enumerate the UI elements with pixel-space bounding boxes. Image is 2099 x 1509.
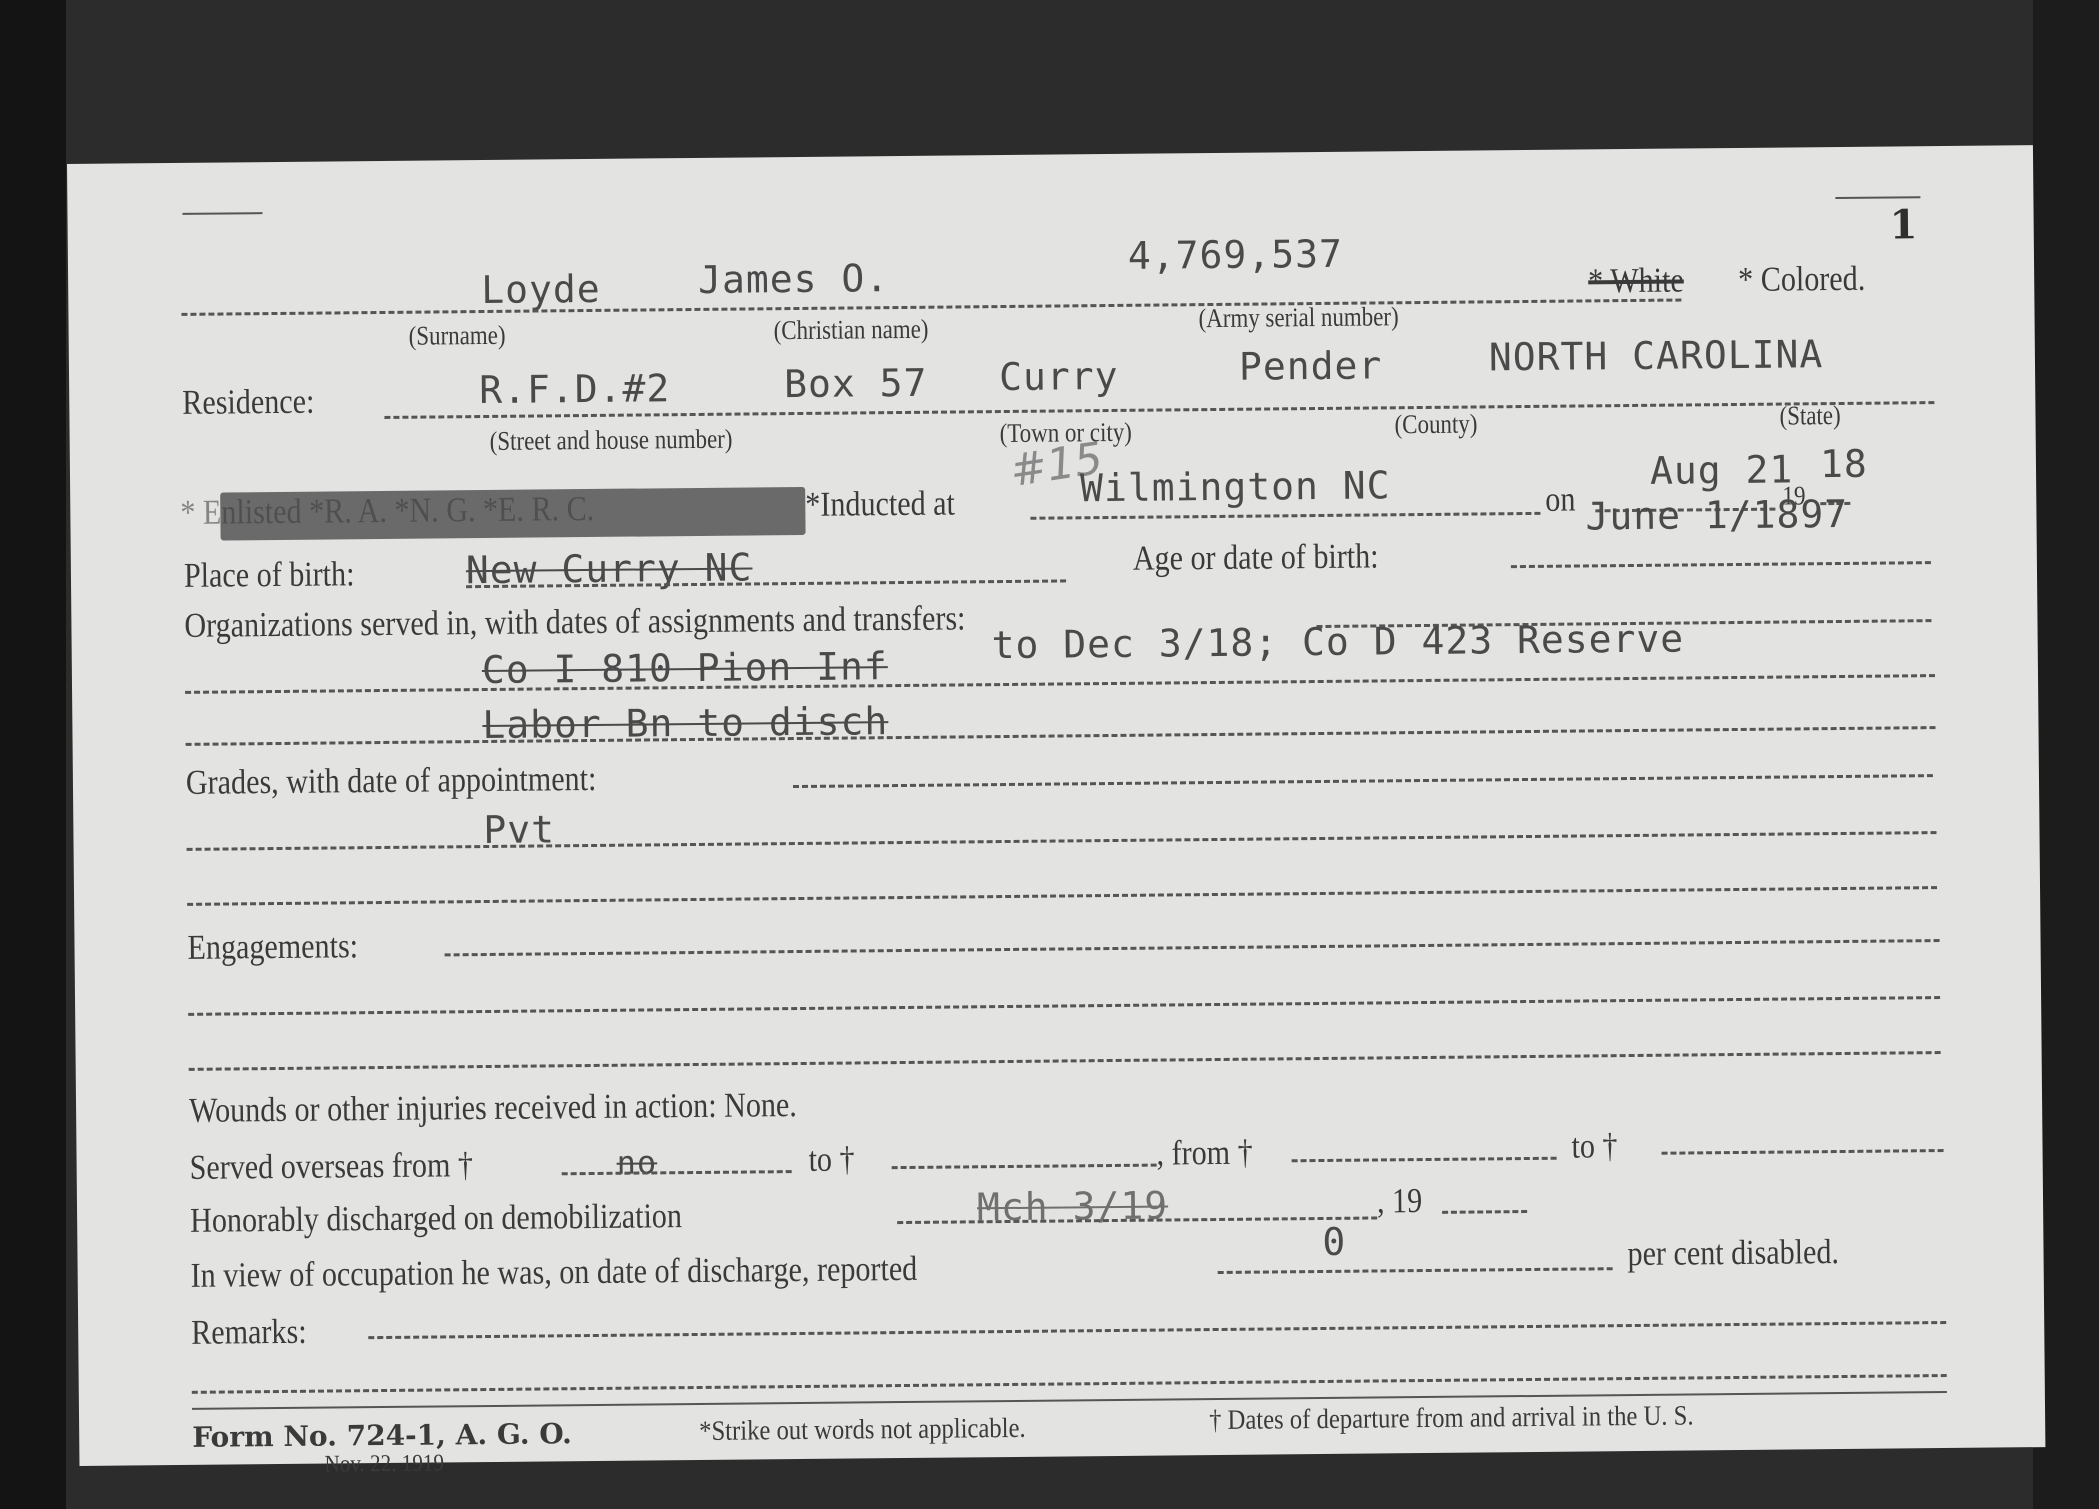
grades-line-1 xyxy=(187,831,1937,851)
induction-date: Aug 21 xyxy=(1650,447,1794,492)
organizations-label: Organizations served in, with dates of a… xyxy=(184,598,965,645)
disability-suffix: per cent disabled. xyxy=(1627,1232,1839,1274)
residence-label: Residence: xyxy=(182,382,314,423)
scan-border-left xyxy=(0,0,66,1509)
disability-label: In view of occupation he was, on date of… xyxy=(190,1249,917,1296)
top-right-rule xyxy=(1835,196,1920,199)
birth-place-label: Place of birth: xyxy=(184,554,355,596)
overseas-to2-label: to † xyxy=(1571,1126,1617,1166)
grades-line-0 xyxy=(793,774,1933,788)
race-white-label: * White xyxy=(1588,260,1684,301)
race-colored-label: * Colored. xyxy=(1738,259,1865,300)
birth-date-value: June 1/1897 xyxy=(1585,492,1848,539)
christian-name-caption: (Christian name) xyxy=(773,314,928,346)
overseas-from2-label: , from † xyxy=(1156,1133,1253,1174)
inducted-line xyxy=(1030,512,1540,520)
street-caption: (Street and house number) xyxy=(490,424,733,457)
discharge-year-prefix: , 19 xyxy=(1377,1181,1423,1221)
engagements-label: Engagements: xyxy=(187,926,358,968)
organizations-line-2 xyxy=(186,726,1936,746)
name-line xyxy=(181,299,1681,316)
enlisted-options: * Enlisted *R. A. *N. G. *E. R. C. xyxy=(180,489,594,533)
inducted-label: *Inducted at xyxy=(805,483,955,524)
age-label: Age or date of birth: xyxy=(1133,536,1379,578)
overseas-to-label: to † xyxy=(808,1139,854,1179)
top-left-rule xyxy=(182,212,262,215)
engagements-line-0 xyxy=(445,939,1940,956)
serial-number-caption: (Army serial number) xyxy=(1198,301,1398,334)
discharge-label: Honorably discharged on demobilization xyxy=(190,1196,682,1241)
remarks-line-0 xyxy=(368,1321,1946,1339)
overseas-label: Served overseas from † xyxy=(189,1145,473,1188)
inducted-place: Wilmington NC xyxy=(1080,463,1391,510)
overseas-to2-line xyxy=(1662,1149,1944,1155)
residence-county: Pender xyxy=(1239,343,1383,388)
form-number: Form No. 724-1, A. G. O. xyxy=(192,1417,572,1454)
induction-year: 18 xyxy=(1820,442,1868,486)
disability-value: 0 xyxy=(1322,1220,1346,1264)
birth-date-line xyxy=(1511,561,1931,568)
engagements-line-1 xyxy=(188,996,1940,1016)
overseas-from2-line xyxy=(1292,1157,1557,1163)
serial-number-value: 4,769,537 xyxy=(1128,232,1343,278)
christian-name-value: James O. xyxy=(698,256,889,302)
strike-out-note: *Strike out words not applicable. xyxy=(699,1413,1026,1448)
disability-line xyxy=(1218,1267,1613,1274)
card-number: 1 xyxy=(1889,201,1917,248)
remarks-label: Remarks: xyxy=(191,1312,307,1353)
wounds-label: Wounds or other injuries received in act… xyxy=(189,1085,797,1131)
organization-line1: to Dec 3/18; Co D 423 Reserve xyxy=(991,617,1684,668)
residence-box: Box 57 xyxy=(784,361,928,406)
overseas-to-line xyxy=(892,1164,1157,1170)
county-caption: (County) xyxy=(1394,408,1477,440)
overseas-from-value: no xyxy=(616,1143,657,1181)
residence-state: NORTH CAROLINA xyxy=(1489,332,1824,379)
service-record-card: 1 Loyde James O. 4,769,537 * White * Col… xyxy=(67,145,2045,1466)
discharge-year-line xyxy=(1442,1210,1527,1214)
residence-street: R.F.D.#2 xyxy=(479,366,670,412)
grades-label: Grades, with date of appointment: xyxy=(186,759,597,803)
on-label: on xyxy=(1545,480,1575,520)
state-caption: (State) xyxy=(1779,400,1840,432)
residence-town: Curry xyxy=(999,354,1119,399)
surname-caption: (Surname) xyxy=(409,320,506,352)
form-date: Nov. 22, 1919 xyxy=(324,1450,444,1473)
remarks-line-1 xyxy=(192,1374,1947,1394)
organizations-line-1 xyxy=(185,674,1935,694)
surname-value: Loyde xyxy=(481,267,601,312)
engagements-line-2 xyxy=(189,1051,1941,1071)
grades-line-2 xyxy=(187,886,1937,906)
overseas-from-line xyxy=(562,1170,792,1175)
dagger-note: † Dates of departure from and arrival in… xyxy=(1209,1400,1694,1437)
